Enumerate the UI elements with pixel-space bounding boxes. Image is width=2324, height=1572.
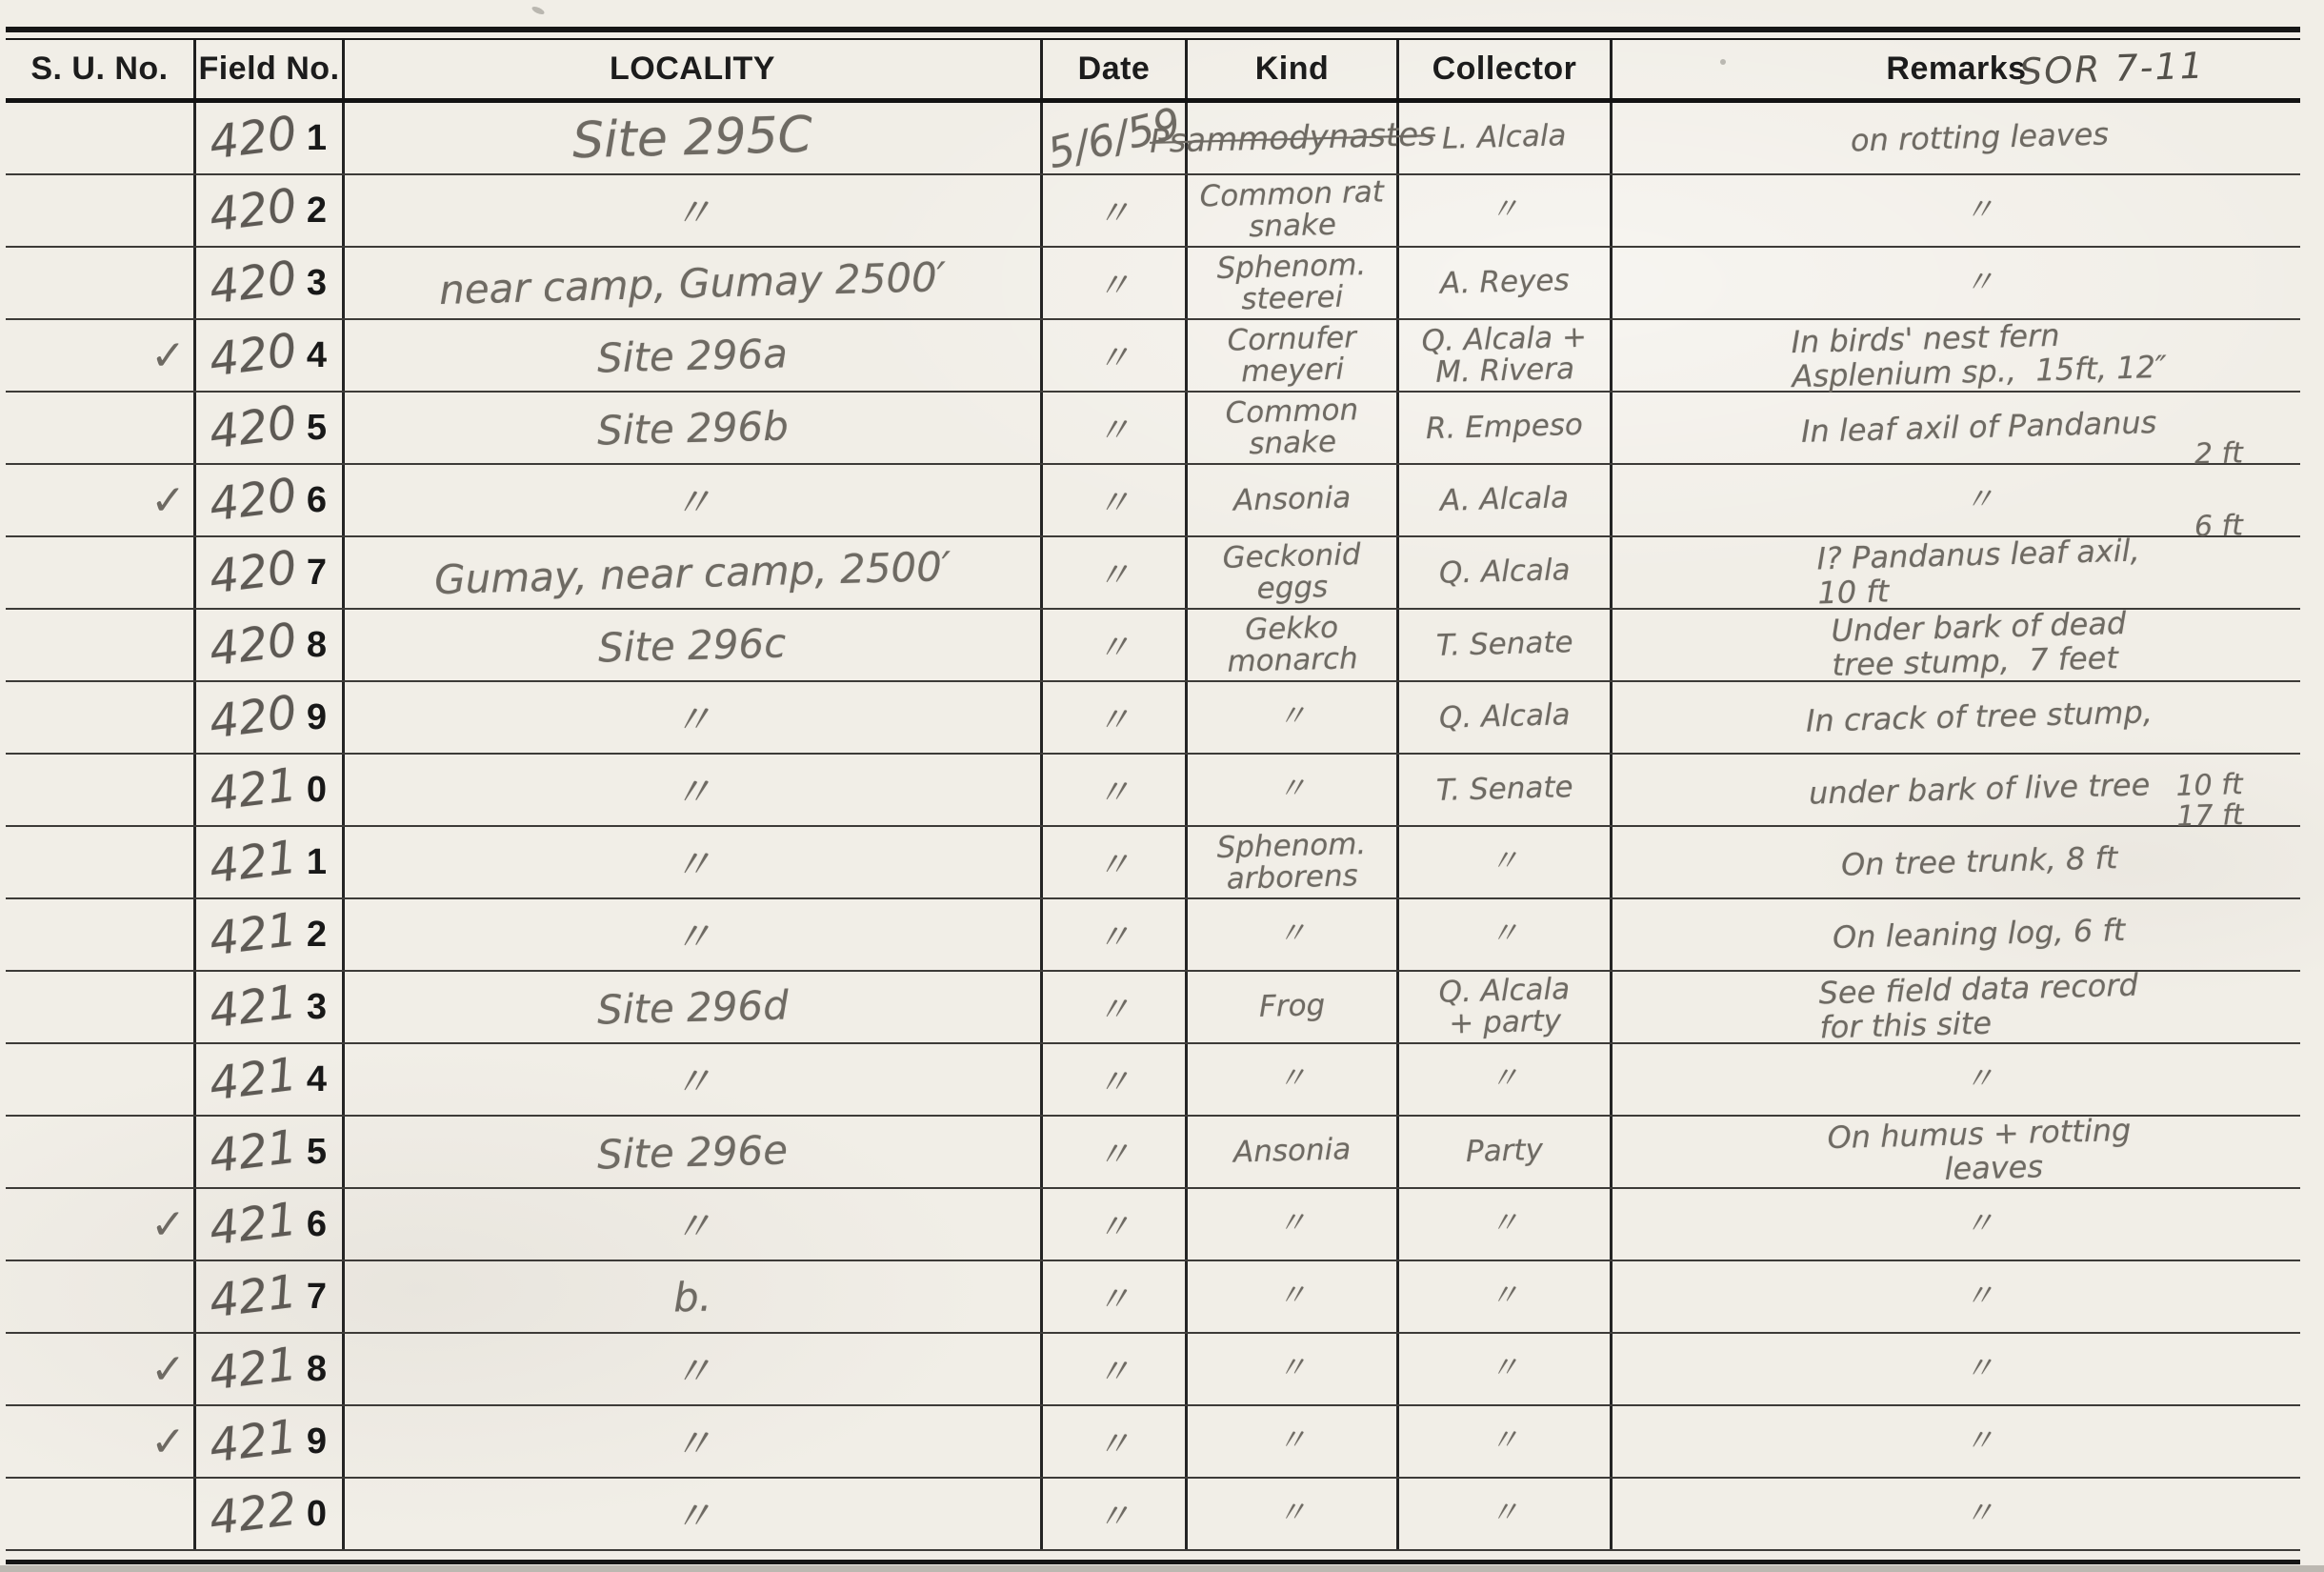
- kind-cell: Geckonid eggs: [1185, 537, 1396, 608]
- collector-entry: 〃: [1490, 1063, 1520, 1096]
- su-no-cell: [6, 1044, 193, 1115]
- header-kind-label: Kind: [1255, 50, 1330, 88]
- remarks-entry: On leaning log, 6 ft: [1833, 914, 2126, 956]
- kind-entry: Ansonia: [1232, 483, 1351, 518]
- kind-cell: Gekko monarch: [1185, 610, 1396, 680]
- remarks-aside: 6 ft: [2194, 511, 2244, 542]
- table-row: 421 5 Site 296e 〃 Ansonia Party On humus…: [6, 1117, 2300, 1189]
- locality-cell: 〃: [342, 899, 1040, 970]
- header-date: Date: [1040, 40, 1185, 98]
- table-row: 420 2 〃 〃 Common rat snake 〃 〃: [6, 175, 2300, 248]
- field-no-handwritten-prefix: 421: [208, 835, 300, 891]
- locality-entry: 〃: [671, 833, 713, 891]
- table-row: 421 3 Site 296d 〃 Frog Q. Alcala + party…: [6, 972, 2300, 1044]
- remarks-entry: On humus + rotting leaves: [1827, 1114, 2133, 1190]
- field-no-cell: 421 8: [193, 1334, 342, 1404]
- date-entry: 〃: [1096, 982, 1132, 1032]
- date-entry: 〃: [1096, 186, 1132, 235]
- remarks-entry: 〃: [1964, 483, 1995, 518]
- date-cell: 〃: [1040, 899, 1185, 970]
- collector-cell: 〃: [1396, 1406, 1610, 1477]
- kind-entry: 〃: [1277, 1208, 1308, 1240]
- locality-cell: Site 295C: [342, 103, 1040, 173]
- remarks-entry: In birds' nest fern Asplenium sp., 15ft,…: [1791, 316, 2167, 394]
- remarks-entry: 〃: [1964, 266, 1995, 301]
- remarks-cell: on rotting leaves: [1610, 103, 2300, 173]
- remarks-entry: See field data record for this site: [1818, 969, 2139, 1045]
- kind-cell: 〃: [1185, 755, 1396, 825]
- field-no-printed-digit: 5: [307, 1132, 327, 1173]
- su-no-cell: ✓: [6, 465, 193, 535]
- date-entry: 〃: [1096, 1417, 1132, 1466]
- field-no-handwritten-prefix: 420: [208, 473, 300, 529]
- su-no-cell: [6, 610, 193, 680]
- date-cell: 〃: [1040, 537, 1185, 608]
- field-no-cell: 420 3: [193, 248, 342, 318]
- table-row: 422 0 〃 〃 〃 〃 〃: [6, 1479, 2300, 1551]
- collector-entry: Q. Alcala: [1438, 554, 1570, 590]
- date-cell: 〃: [1040, 972, 1185, 1042]
- locality-cell: Gumay, near camp, 2500′: [342, 537, 1040, 608]
- locality-entry: Gumay, near camp, 2500′: [433, 542, 952, 602]
- table-row: 421 1 〃 〃 Sphenom. arborens 〃 On tree tr…: [6, 827, 2300, 899]
- collector-entry: L. Alcala: [1442, 121, 1567, 156]
- kind-cell: 〃: [1185, 1044, 1396, 1115]
- collector-cell: R. Empeso: [1396, 393, 1610, 463]
- header-locality: LOCALITY: [342, 40, 1040, 98]
- field-no-cell: 421 5: [193, 1117, 342, 1187]
- collector-entry: R. Empeso: [1426, 410, 1584, 446]
- field-no-cell: 421 9: [193, 1406, 342, 1477]
- field-no-handwritten-prefix: 421: [208, 1197, 300, 1253]
- kind-entry: Gekko monarch: [1226, 612, 1358, 679]
- table-row: 420 8 Site 296c 〃 Gekko monarch T. Senat…: [6, 610, 2300, 682]
- collector-cell: Q. Alcala + M. Rivera: [1396, 320, 1610, 391]
- remarks-entry: On tree trunk, 8 ft: [1840, 841, 2117, 882]
- locality-entry: 〃: [671, 1484, 713, 1542]
- remarks-entry: In leaf axil of Pandanus: [1801, 406, 2157, 450]
- field-no-handwritten-prefix: 421: [208, 907, 300, 963]
- kind-cell: Ansonia: [1185, 465, 1396, 535]
- date-entry: 〃: [1096, 765, 1132, 815]
- remarks-aside: 2 ft: [2194, 438, 2244, 470]
- field-no-cell: 422 0: [193, 1479, 342, 1549]
- kind-entry: Sphenom. steerei: [1216, 249, 1367, 316]
- remarks-cell: 〃: [1610, 1406, 2300, 1477]
- remarks-cell: 〃: [1610, 175, 2300, 246]
- collector-entry: 〃: [1490, 918, 1520, 951]
- header-su-no-label: S. U. No.: [30, 50, 168, 88]
- table-row: ✓ 421 6 〃 〃 〃 〃 〃: [6, 1189, 2300, 1261]
- locality-cell: 〃: [342, 755, 1040, 825]
- collector-cell: A. Alcala: [1396, 465, 1610, 535]
- field-no-handwritten-prefix: 420: [208, 111, 300, 167]
- table-row: ✓ 420 4 Site 296a 〃 Cornufer meyeri Q. A…: [6, 320, 2300, 393]
- locality-cell: 〃: [342, 1334, 1040, 1404]
- date-entry: 〃: [1096, 1272, 1132, 1321]
- collector-entry: 〃: [1490, 1425, 1520, 1458]
- field-no-handwritten-prefix: 421: [208, 1341, 300, 1398]
- field-no-printed-digit: 9: [307, 1421, 327, 1462]
- field-no-printed-digit: 8: [307, 625, 327, 666]
- field-no-printed-digit: 7: [307, 553, 327, 594]
- su-no-cell: [6, 393, 193, 463]
- field-no-cell: 421 4: [193, 1044, 342, 1115]
- locality-entry: Site 295C: [571, 107, 812, 171]
- kind-entry: Frog: [1258, 990, 1325, 1023]
- header-remarks: Remarks SOR 7-11: [1610, 40, 2300, 98]
- field-no-printed-digit: 6: [307, 480, 327, 521]
- table-row: 420 1 Site 295C 5/6/59 Psammodynastes L.…: [6, 103, 2300, 175]
- field-no-printed-digit: 9: [307, 697, 327, 738]
- remarks-cell: I? Pandanus leaf axil, 10 ft: [1610, 537, 2300, 608]
- locality-entry: 〃: [671, 905, 713, 963]
- checkmark: ✓: [150, 1345, 186, 1394]
- kind-entry: 〃: [1277, 918, 1308, 951]
- field-no-printed-digit: 0: [307, 1494, 327, 1535]
- kind-cell: Cornufer meyeri: [1185, 320, 1396, 391]
- field-no-printed-digit: 1: [307, 842, 327, 883]
- date-cell: 〃: [1040, 1044, 1185, 1115]
- collector-entry: 〃: [1490, 194, 1520, 227]
- field-no-cell: 421 1: [193, 827, 342, 897]
- su-no-cell: [6, 972, 193, 1042]
- header-su-no: S. U. No.: [6, 40, 193, 98]
- locality-entry: 〃: [671, 471, 713, 529]
- kind-entry: 〃: [1277, 1425, 1308, 1458]
- su-no-cell: [6, 1261, 193, 1332]
- date-entry: 〃: [1096, 1127, 1132, 1177]
- field-no-handwritten-prefix: 420: [208, 183, 300, 239]
- field-no-printed-digit: 1: [307, 118, 327, 159]
- field-no-cell: 420 1: [193, 103, 342, 173]
- header-locality-label: LOCALITY: [610, 50, 775, 88]
- collector-entry: 〃: [1490, 1353, 1520, 1385]
- date-entry: 〃: [1096, 475, 1132, 525]
- collector-cell: 〃: [1396, 899, 1610, 970]
- remarks-entry: under bark of live tree: [1808, 768, 2150, 811]
- field-no-cell: 421 2: [193, 899, 342, 970]
- collector-entry: Q. Alcala + M. Rivera: [1421, 321, 1588, 389]
- date-cell: 〃: [1040, 610, 1185, 680]
- locality-entry: 〃: [671, 181, 713, 239]
- date-cell: 〃: [1040, 465, 1185, 535]
- scan-bottom-edge: [0, 1565, 2324, 1572]
- checkmark: ✓: [150, 332, 186, 380]
- field-no-cell: 420 9: [193, 682, 342, 753]
- header-date-label: Date: [1078, 50, 1151, 88]
- kind-cell: Sphenom. arborens: [1185, 827, 1396, 897]
- date-entry: 〃: [1096, 403, 1132, 453]
- kind-cell: Psammodynastes: [1185, 103, 1396, 173]
- locality-cell: b.: [342, 1261, 1040, 1332]
- locality-cell: 〃: [342, 1479, 1040, 1549]
- remarks-cell: 〃: [1610, 1044, 2300, 1115]
- remarks-cell: In birds' nest fern Asplenium sp., 15ft,…: [1610, 320, 2300, 391]
- header-collector-label: Collector: [1432, 50, 1577, 88]
- collector-entry: T. Senate: [1435, 627, 1573, 662]
- remarks-cell: under bark of live tree 10 ft 17 ft: [1610, 755, 2300, 825]
- kind-cell: 〃: [1185, 1334, 1396, 1404]
- collector-cell: Q. Alcala: [1396, 682, 1610, 753]
- collector-cell: 〃: [1396, 175, 1610, 246]
- date-cell: 〃: [1040, 320, 1185, 391]
- su-no-cell: [6, 827, 193, 897]
- field-no-handwritten-prefix: 422: [208, 1486, 300, 1542]
- su-no-cell: [6, 537, 193, 608]
- field-no-cell: 421 6: [193, 1189, 342, 1260]
- header-collector: Collector: [1396, 40, 1610, 98]
- kind-entry: Psammodynastes: [1149, 117, 1435, 160]
- locality-cell: 〃: [342, 1189, 1040, 1260]
- su-no-cell: [6, 755, 193, 825]
- date-cell: 〃: [1040, 393, 1185, 463]
- field-no-cell: 420 7: [193, 537, 342, 608]
- locality-cell: 〃: [342, 1044, 1040, 1115]
- kind-entry: Cornufer meyeri: [1227, 322, 1357, 389]
- date-cell: 〃: [1040, 1117, 1185, 1187]
- remarks-entry: 〃: [1964, 1062, 1995, 1098]
- su-no-cell: [6, 248, 193, 318]
- locality-cell: near camp, Gumay 2500′: [342, 248, 1040, 318]
- field-no-handwritten-prefix: 420: [208, 328, 300, 384]
- kind-entry: Geckonid eggs: [1222, 539, 1362, 607]
- date-cell: 〃: [1040, 1334, 1185, 1404]
- field-no-cell: 421 0: [193, 755, 342, 825]
- remarks-entry: 〃: [1964, 1207, 1995, 1242]
- date-entry: 〃: [1096, 910, 1132, 959]
- remarks-cell: On leaning log, 6 ft: [1610, 899, 2300, 970]
- collector-cell: 〃: [1396, 1334, 1610, 1404]
- remarks-entry: 〃: [1964, 1497, 1995, 1532]
- field-no-handwritten-prefix: 420: [208, 255, 300, 312]
- kind-entry: Ansonia: [1232, 1135, 1351, 1170]
- su-no-cell: [6, 1117, 193, 1187]
- collector-entry: Q. Alcala + party: [1438, 974, 1571, 1041]
- table-row: ✓ 421 9 〃 〃 〃 〃 〃: [6, 1406, 2300, 1479]
- field-no-handwritten-prefix: 420: [208, 400, 300, 456]
- locality-cell: 〃: [342, 175, 1040, 246]
- remarks-cell: Under bark of dead tree stump, 7 feet: [1610, 610, 2300, 680]
- collector-cell: 〃: [1396, 1479, 1610, 1549]
- collector-entry: Party: [1466, 1135, 1544, 1169]
- field-no-cell: 420 8: [193, 610, 342, 680]
- kind-cell: Ansonia: [1185, 1117, 1396, 1187]
- field-no-printed-digit: 4: [307, 1059, 327, 1100]
- kind-cell: Common rat snake: [1185, 175, 1396, 246]
- date-cell: 〃: [1040, 682, 1185, 753]
- remarks-cell: 〃: [1610, 248, 2300, 318]
- collector-cell: 〃: [1396, 1261, 1610, 1332]
- locality-entry: 〃: [671, 760, 713, 818]
- kind-entry: Sphenom. arborens: [1216, 828, 1367, 896]
- remarks-cell: 〃: [1610, 1261, 2300, 1332]
- locality-cell: 〃: [342, 465, 1040, 535]
- field-no-printed-digit: 2: [307, 191, 327, 232]
- header-field-no: Field No.: [193, 40, 342, 98]
- date-cell: 〃: [1040, 755, 1185, 825]
- header-field-no-label: Field No.: [198, 50, 339, 88]
- collector-cell: Party: [1396, 1117, 1610, 1187]
- remarks-entry: 〃: [1964, 1352, 1995, 1387]
- locality-entry: near camp, Gumay 2500′: [438, 253, 946, 313]
- field-no-handwritten-prefix: 420: [208, 690, 300, 746]
- kind-cell: Sphenom. steerei: [1185, 248, 1396, 318]
- kind-cell: 〃: [1185, 1479, 1396, 1549]
- kind-entry: 〃: [1277, 1353, 1308, 1385]
- field-no-printed-digit: 6: [307, 1204, 327, 1245]
- remarks-entry: 〃: [1964, 1424, 1995, 1460]
- table-row: 421 7 b. 〃 〃 〃 〃: [6, 1261, 2300, 1334]
- scanned-ledger-sheet: S. U. No. Field No. LOCALITY Date Kind C…: [0, 0, 2324, 1572]
- table-row: 420 5 Site 296b 〃 Common snake R. Empeso…: [6, 393, 2300, 465]
- field-no-printed-digit: 7: [307, 1277, 327, 1318]
- bottom-rule: [6, 1560, 2300, 1564]
- kind-entry: 〃: [1277, 701, 1308, 734]
- remarks-cell: See field data record for this site: [1610, 972, 2300, 1042]
- kind-cell: 〃: [1185, 899, 1396, 970]
- collector-entry: T. Senate: [1435, 772, 1573, 807]
- date-cell: 〃: [1040, 175, 1185, 246]
- field-no-handwritten-prefix: 421: [208, 1052, 300, 1108]
- collector-cell: 〃: [1396, 1044, 1610, 1115]
- date-entry: 〃: [1096, 1199, 1132, 1249]
- scan-speck: [531, 5, 545, 15]
- table-row: 420 3 near camp, Gumay 2500′ 〃 Sphenom. …: [6, 248, 2300, 320]
- kind-entry: Common snake: [1225, 394, 1359, 462]
- handwritten-page-code: SOR 7-11: [2019, 45, 2206, 93]
- locality-entry: Site 296a: [596, 330, 788, 381]
- date-entry: 〃: [1096, 331, 1132, 380]
- remarks-entry: Under bark of dead tree stump, 7 feet: [1831, 607, 2128, 683]
- collector-entry: A. Reyes: [1439, 265, 1570, 300]
- field-no-printed-digit: 0: [307, 770, 327, 811]
- su-no-cell: [6, 899, 193, 970]
- locality-entry: 〃: [671, 688, 713, 746]
- checkmark: ✓: [150, 1200, 186, 1249]
- kind-entry: 〃: [1277, 774, 1308, 806]
- date-entry: 〃: [1096, 548, 1132, 597]
- collector-cell: T. Senate: [1396, 610, 1610, 680]
- locality-cell: 〃: [342, 1406, 1040, 1477]
- remarks-cell: 〃: [1610, 1189, 2300, 1260]
- locality-cell: Site 296d: [342, 972, 1040, 1042]
- table-row: 421 4 〃 〃 〃 〃 〃: [6, 1044, 2300, 1117]
- field-no-cell: 420 2: [193, 175, 342, 246]
- remarks-cell: 〃 6 ft: [1610, 465, 2300, 535]
- field-no-handwritten-prefix: 421: [208, 762, 300, 818]
- su-no-cell: [6, 175, 193, 246]
- collector-entry: A. Alcala: [1440, 483, 1570, 518]
- field-no-handwritten-prefix: 421: [208, 1269, 300, 1325]
- remarks-cell: On humus + rotting leaves: [1610, 1117, 2300, 1187]
- su-no-cell: [6, 1479, 193, 1549]
- locality-cell: 〃: [342, 827, 1040, 897]
- table-row: 420 9 〃 〃 〃 Q. Alcala In crack of tree s…: [6, 682, 2300, 755]
- table-body: 420 1 Site 295C 5/6/59 Psammodynastes L.…: [6, 103, 2300, 1551]
- field-no-cell: 421 3: [193, 972, 342, 1042]
- kind-cell: 〃: [1185, 682, 1396, 753]
- header-remarks-label: Remarks: [1886, 50, 2026, 88]
- remarks-cell: 〃: [1610, 1479, 2300, 1549]
- field-no-printed-digit: 8: [307, 1349, 327, 1390]
- field-no-cell: 420 6: [193, 465, 342, 535]
- kind-entry: 〃: [1277, 1063, 1308, 1096]
- remarks-entry: 〃: [1964, 1280, 1995, 1315]
- remarks-cell: 〃: [1610, 1334, 2300, 1404]
- kind-entry: 〃: [1277, 1498, 1308, 1530]
- locality-entry: Site 296c: [598, 619, 787, 671]
- date-entry: 〃: [1096, 1055, 1132, 1104]
- collector-entry: 〃: [1490, 846, 1520, 878]
- remarks-cell: In leaf axil of Pandanus 2 ft: [1610, 393, 2300, 463]
- collector-cell: Q. Alcala + party: [1396, 972, 1610, 1042]
- remarks-aside: 10 ft 17 ft: [2175, 770, 2244, 832]
- locality-entry: b.: [672, 1273, 711, 1320]
- field-no-printed-digit: 2: [307, 915, 327, 956]
- su-no-cell: ✓: [6, 1334, 193, 1404]
- remarks-entry: In crack of tree stump,: [1806, 695, 2154, 738]
- collector-entry: 〃: [1490, 1208, 1520, 1240]
- locality-entry: 〃: [671, 1340, 713, 1398]
- remarks-entry: on rotting leaves: [1850, 118, 2109, 159]
- field-no-handwritten-prefix: 421: [208, 1414, 300, 1470]
- date-entry: 〃: [1096, 693, 1132, 742]
- collector-cell: A. Reyes: [1396, 248, 1610, 318]
- remarks-cell: On tree trunk, 8 ft: [1610, 827, 2300, 897]
- collector-entry: Q. Alcala: [1438, 699, 1570, 735]
- date-cell: 〃: [1040, 1261, 1185, 1332]
- locality-cell: 〃: [342, 682, 1040, 753]
- remarks-cell: In crack of tree stump,: [1610, 682, 2300, 753]
- field-no-printed-digit: 3: [307, 263, 327, 304]
- date-entry: 〃: [1096, 837, 1132, 887]
- locality-cell: Site 296c: [342, 610, 1040, 680]
- date-entry: 〃: [1096, 620, 1132, 670]
- table-row: 420 7 Gumay, near camp, 2500′ 〃 Geckonid…: [6, 537, 2300, 610]
- collector-cell: 〃: [1396, 827, 1610, 897]
- field-no-printed-digit: 3: [307, 987, 327, 1028]
- date-cell: 〃: [1040, 1189, 1185, 1260]
- kind-entry: 〃: [1277, 1280, 1308, 1313]
- table-row: 421 2 〃 〃 〃 〃 On leaning log, 6 ft: [6, 899, 2300, 972]
- kind-cell: 〃: [1185, 1261, 1396, 1332]
- kind-cell: 〃: [1185, 1406, 1396, 1477]
- kind-cell: 〃: [1185, 1189, 1396, 1260]
- field-no-printed-digit: 5: [307, 408, 327, 449]
- date-cell: 〃: [1040, 1479, 1185, 1549]
- table-row: ✓ 421 8 〃 〃 〃 〃 〃: [6, 1334, 2300, 1406]
- date-cell: 〃: [1040, 248, 1185, 318]
- su-no-cell: ✓: [6, 320, 193, 391]
- su-no-cell: [6, 682, 193, 753]
- su-no-cell: [6, 103, 193, 173]
- kind-entry: Common rat snake: [1199, 176, 1385, 245]
- field-no-handwritten-prefix: 421: [208, 979, 300, 1036]
- kind-cell: Common snake: [1185, 393, 1396, 463]
- checkmark: ✓: [150, 476, 186, 525]
- date-cell: 〃: [1040, 1406, 1185, 1477]
- collector-cell: 〃: [1396, 1189, 1610, 1260]
- ledger-table: S. U. No. Field No. LOCALITY Date Kind C…: [6, 27, 2300, 1564]
- date-cell: 〃: [1040, 827, 1185, 897]
- field-no-printed-digit: 4: [307, 335, 327, 376]
- field-no-cell: 421 7: [193, 1261, 342, 1332]
- locality-cell: Site 296b: [342, 393, 1040, 463]
- locality-entry: 〃: [671, 1412, 713, 1470]
- locality-entry: 〃: [671, 1195, 713, 1253]
- table-header-row: S. U. No. Field No. LOCALITY Date Kind C…: [6, 40, 2300, 103]
